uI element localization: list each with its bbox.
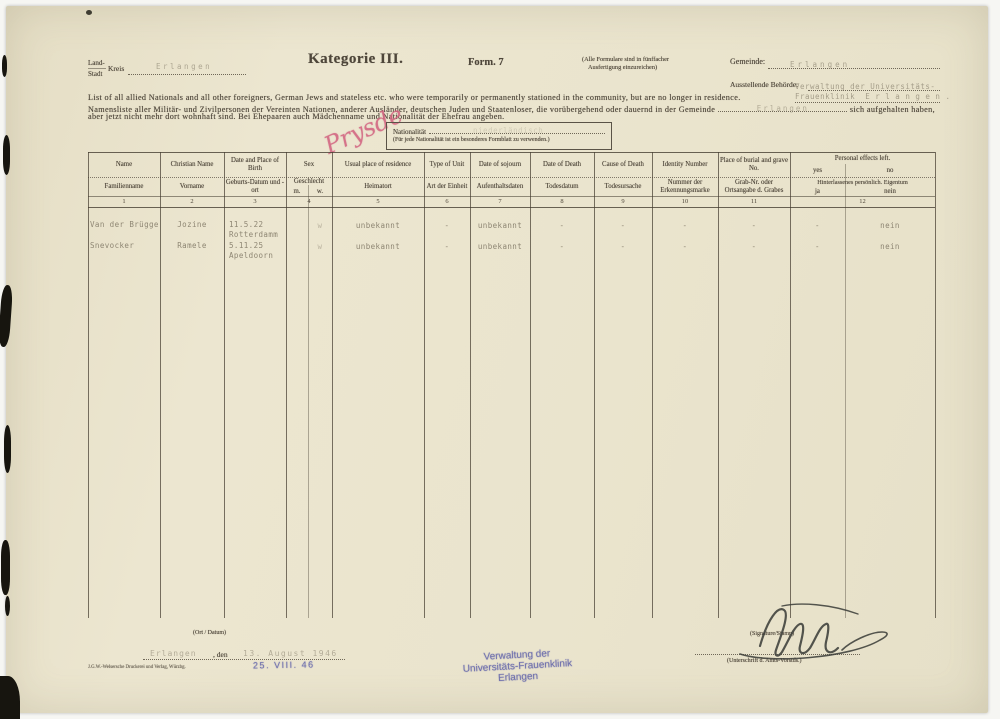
- col-number: 7: [471, 198, 529, 205]
- col-header-de: Vorname: [161, 179, 223, 195]
- date-stamp: 25. VIII. 46: [253, 659, 315, 670]
- torn-edge-mark: [5, 596, 10, 616]
- row-vorname: Jozine: [161, 220, 223, 229]
- col-subheader-ja: ja: [791, 188, 844, 196]
- place-typed: Erlangen: [150, 649, 197, 658]
- row-vorname: Ramele: [161, 241, 223, 250]
- col-header-de: Art der Einheit: [425, 179, 469, 195]
- col-header-en: Usual place of residence: [333, 154, 423, 176]
- row-todesursache: -: [595, 221, 651, 230]
- col-header-en: Date of sojourn: [471, 154, 529, 176]
- table-grid-line: [224, 152, 225, 618]
- row-aufenthalt: unbekannt: [471, 242, 529, 251]
- row-erkennungsmarke: -: [653, 221, 717, 230]
- col-header-en: Cause of Death: [595, 154, 651, 176]
- col-header-de: Grab-Nr. oder Ortsangabe d. Grabes: [719, 179, 789, 195]
- table-grid-line: [88, 152, 89, 618]
- col-number: 10: [653, 198, 717, 205]
- row-aufenthalt: unbekannt: [471, 221, 529, 230]
- row-einheit: -: [425, 242, 469, 251]
- nationality-note: (Für jede Nationalität ist ein besondere…: [393, 137, 550, 143]
- form-title: Kategorie III.: [308, 51, 403, 68]
- col-number: 5: [333, 198, 423, 205]
- torn-edge-mark: [2, 55, 7, 77]
- col-header-de: Geschlecht: [287, 177, 331, 186]
- col-subheader-yes: yes: [791, 166, 844, 175]
- col-header-de: Familienname: [89, 179, 159, 195]
- col-number: 8: [531, 198, 593, 205]
- col-header-en: Personal effects left.: [791, 153, 934, 165]
- row-geburtsdatum: 11.5.22: [229, 220, 285, 229]
- col-header-en: Place of burial and grave No.: [719, 154, 789, 176]
- row-erkennungsmarke: -: [653, 242, 717, 251]
- row-geburtsdatum: 5.11.25: [229, 241, 285, 250]
- den-label: , den: [213, 650, 228, 659]
- row-todesursache: -: [595, 242, 651, 251]
- row-geschlecht-mark: w: [309, 242, 331, 251]
- nationality-label: Nationalität: [393, 128, 426, 136]
- behoerde-typed-line2: Frauenklinik E r l a n g e n .: [795, 92, 950, 101]
- date-typed: 13. August 1946: [243, 649, 338, 658]
- kreis-dotted-line: [128, 74, 246, 75]
- col-subheader-no: no: [846, 166, 934, 175]
- col-subheader-w: w.: [309, 187, 331, 196]
- col-header-en: Identity Number: [653, 154, 717, 176]
- table-grid-line: [935, 152, 936, 618]
- row-eigentum-ja: -: [791, 242, 844, 251]
- col-header-en: Type of Unit: [425, 154, 469, 176]
- col-header-en: Date and Place of Birth: [225, 154, 285, 176]
- copies-note-line2: Ausfertigung einzureichen): [588, 64, 657, 71]
- table-grid-line: [286, 152, 287, 618]
- col-subheader-m: m.: [287, 187, 307, 196]
- row-todesdatum: -: [531, 242, 593, 251]
- stadt-label: Stadt: [88, 70, 102, 78]
- col-number: 1: [89, 198, 159, 205]
- table-grid-line: [88, 207, 935, 208]
- torn-edge-mark: [1, 540, 10, 595]
- copies-note-line1: (Alle Formulare sind in fünffacher: [582, 56, 669, 63]
- intro-english-line: List of all allied Nationals and all oth…: [88, 93, 741, 102]
- behoerde-label: Ausstellende Behörde:: [730, 80, 798, 89]
- row-familienname: Van der Brügge: [90, 220, 159, 229]
- col-number: 11: [719, 198, 789, 205]
- col-number: 12: [791, 198, 934, 205]
- row-heimatort: unbekannt: [333, 242, 423, 251]
- ink-speck: [86, 10, 92, 15]
- form-number: Form. 7: [468, 57, 504, 68]
- nationality-dotted-fill: niederländisch: [429, 126, 605, 134]
- land-stadt-divider: [88, 68, 106, 69]
- behoerde-typed-line1: Verwaltung der Universitäts-: [795, 82, 935, 91]
- row-geschlecht-mark: w: [309, 221, 331, 230]
- row-todesdatum: -: [531, 221, 593, 230]
- col-header-en: Christian Name: [161, 154, 223, 176]
- table-grid-line: [88, 177, 935, 178]
- signature-ink: [730, 598, 895, 670]
- row-eigentum-ja: -: [791, 221, 844, 230]
- row-geburtsort: Rotterdamm: [229, 230, 285, 239]
- col-header-en: Name: [89, 154, 159, 176]
- printer-imprint: J.G.W.-Welsersche Druckerei und Verlag, …: [88, 665, 186, 670]
- kreis-label: Kreis: [108, 64, 124, 73]
- col-number: 9: [595, 198, 651, 205]
- col-number: 3: [225, 198, 285, 205]
- row-eigentum-nein: nein: [846, 221, 934, 230]
- col-header-de: Heimatort: [333, 179, 423, 195]
- col-subheader-nein: nein: [846, 188, 934, 196]
- row-familienname: Snevocker: [90, 241, 159, 250]
- col-number: 2: [161, 198, 223, 205]
- row-eigentum-nein: nein: [846, 242, 934, 251]
- col-header-de: Hinterlassenes persönlich. Eigentum: [791, 179, 934, 187]
- col-header-en: Sex: [287, 154, 331, 176]
- intro-blank-typed-value: Erlangen: [757, 104, 809, 113]
- row-geburtsort: Apeldoorn: [229, 251, 285, 260]
- land-label: Land-: [88, 59, 105, 67]
- col-number: 6: [425, 198, 469, 205]
- kreis-typed-value: Erlangen: [156, 62, 212, 71]
- row-einheit: -: [425, 221, 469, 230]
- table-grid-line: [845, 164, 846, 618]
- scanned-form-page: Land- Stadt Kreis Erlangen Kategorie III…: [0, 0, 1000, 719]
- intro-german-after-blank: sich aufgehalten haben,: [850, 105, 935, 114]
- gemeinde-label: Gemeinde:: [730, 57, 765, 66]
- row-grab: -: [719, 221, 789, 230]
- col-number: 4: [287, 198, 331, 205]
- nationality-box: Nationalität niederländisch (Für jede Na…: [386, 122, 612, 150]
- col-header-de: Todesdatum: [531, 179, 593, 195]
- intro-german-line2: aber jetzt nicht mehr dort wohnhaft sind…: [88, 112, 505, 121]
- table-grid-line: [88, 196, 935, 197]
- col-header-de: Nummer der Erkennungsmarke: [653, 179, 717, 195]
- ort-datum-label: (Ort / Datum): [193, 630, 226, 636]
- row-heimatort: unbekannt: [333, 221, 423, 230]
- intro-blank-fill: Erlangen: [718, 103, 847, 112]
- nationality-typed-value: niederländisch: [473, 126, 543, 135]
- torn-edge-mark: [4, 425, 11, 473]
- col-header-de: Todesursache: [595, 179, 651, 195]
- row-grab: -: [719, 242, 789, 251]
- gemeinde-typed-value: Erlangen: [790, 60, 850, 69]
- col-header-en: Date of Death: [531, 154, 593, 176]
- col-header-de: Aufenthaltsdaten: [471, 179, 529, 195]
- col-header-de: Geburts-Datum und -ort: [225, 179, 285, 195]
- torn-edge-mark: [3, 135, 10, 175]
